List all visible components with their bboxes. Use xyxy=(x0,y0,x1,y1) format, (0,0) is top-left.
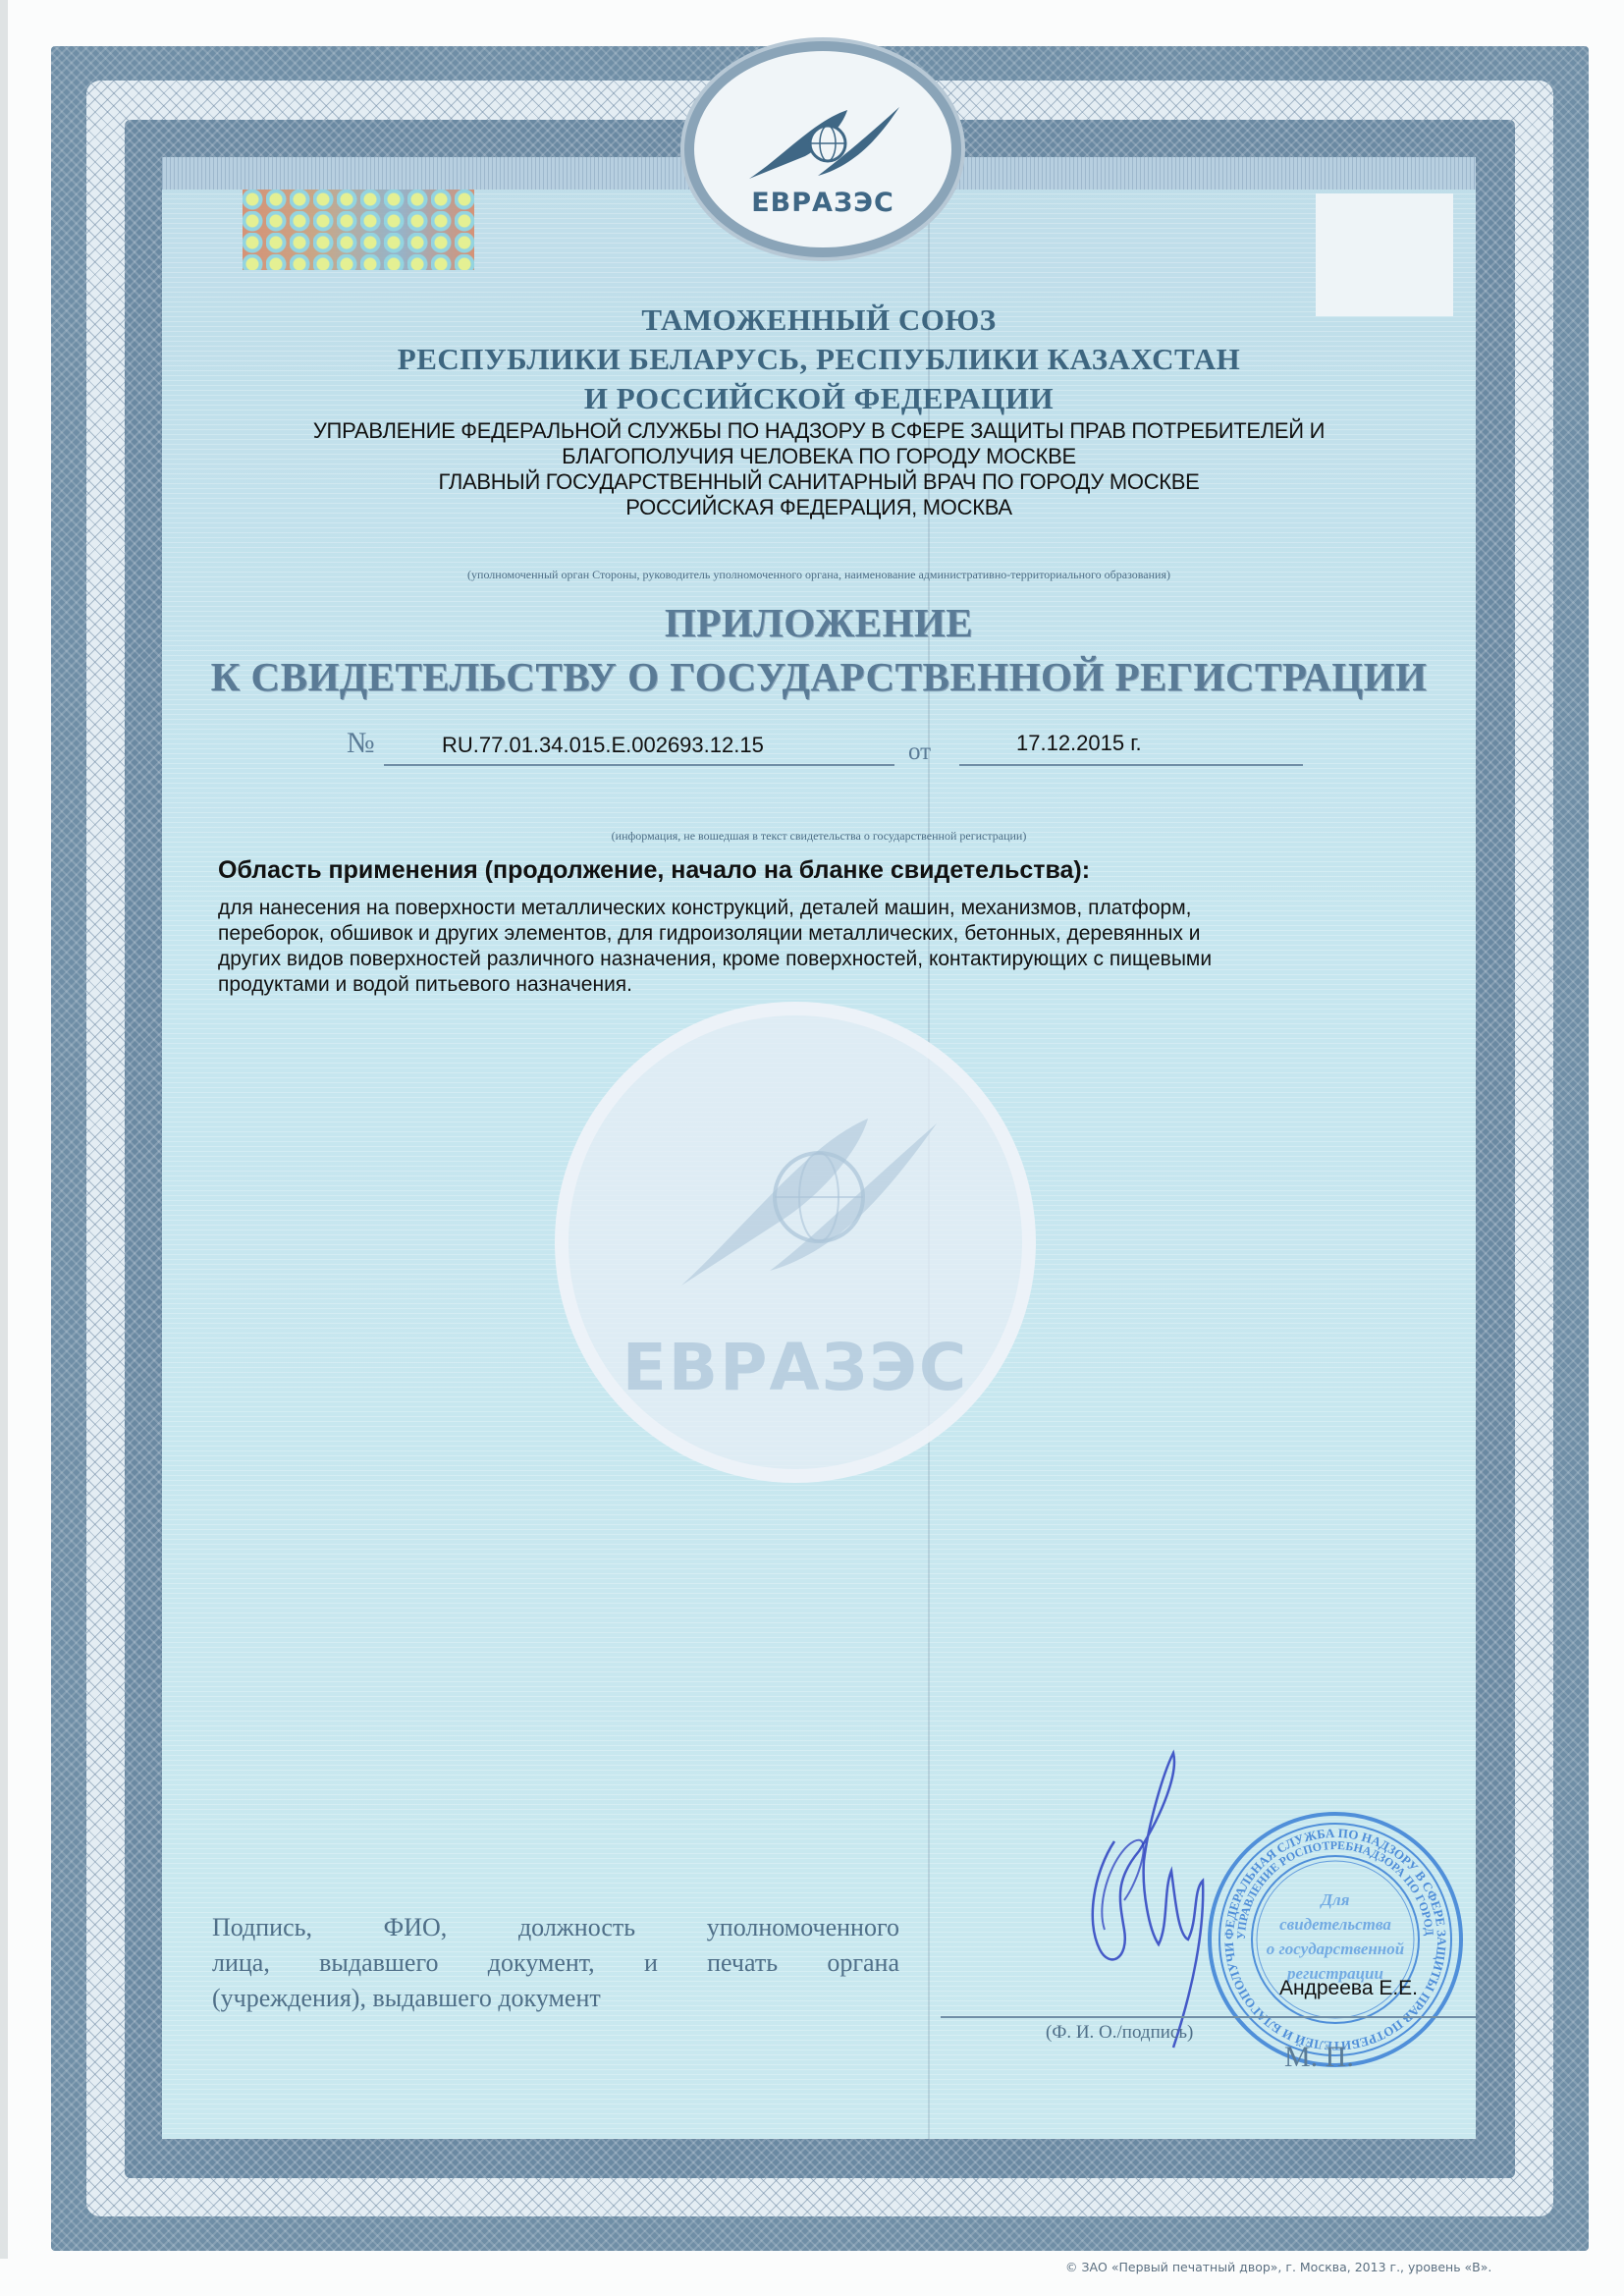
watermark: ЕВРАЗЭС xyxy=(555,1002,1036,1483)
registration-caption: (информация, не вошедшая в текст свидете… xyxy=(162,829,1476,844)
scope-line: других видов поверхностей различного наз… xyxy=(218,947,1460,972)
authority-line-2: БЛАГОПОЛУЧИЯ ЧЕЛОВЕКА ПО ГОРОДУ МОСКВЕ xyxy=(162,444,1476,469)
eurasec-watermark-icon xyxy=(662,1104,956,1300)
signer-name: Андреева Е.Е. xyxy=(1279,1977,1418,2000)
stamp-center-line: Для xyxy=(1319,1890,1349,1909)
scope-line: переборок, обшивок и других элементов, д… xyxy=(218,921,1460,947)
registration-number: RU.77.01.34.015.E.002693.12.15 xyxy=(442,733,764,758)
signature-caption-line: (учреждения), выдавшего документ xyxy=(212,1981,899,2016)
scope-body: для нанесения на поверхности металлическ… xyxy=(218,896,1460,998)
date-underline xyxy=(959,764,1303,766)
signature-line-hint: (Ф. И. О./подпись) xyxy=(1046,2022,1193,2044)
union-title-line-3: И РОССИЙСКОЙ ФЕДЕРАЦИИ xyxy=(162,381,1476,416)
registration-date: 17.12.2015 г. xyxy=(1016,731,1142,756)
printer-imprint: © ЗАО «Первый печатный двор», г. Москва,… xyxy=(1065,2260,1491,2274)
certificate-body: ЕВРАЗЭС ТАМОЖЕННЫЙ СОЮЗ РЕСПУБЛИКИ БЕЛАР… xyxy=(162,157,1476,2139)
security-patch xyxy=(1316,193,1453,316)
number-sign: № xyxy=(347,727,375,760)
stamp-center-line: свидетельства xyxy=(1279,1915,1391,1934)
scope-line: для нанесения на поверхности металлическ… xyxy=(218,896,1460,921)
scope-title: Область применения (продолжение, начало … xyxy=(218,856,1090,885)
scope-line: продуктами и водой питьевого назначения. xyxy=(218,972,1460,998)
authority-line-1: УПРАВЛЕНИЕ ФЕДЕРАЛЬНОЙ СЛУЖБЫ ПО НАДЗОРУ… xyxy=(162,418,1476,444)
seal-place-label: М. П. xyxy=(1284,2041,1354,2074)
document-subtitle: К СВИДЕТЕЛЬСТВУ О ГОСУДАРСТВЕННОЙ РЕГИСТ… xyxy=(162,653,1476,700)
authority-line-4: РОССИЙСКАЯ ФЕДЕРАЦИЯ, МОСКВА xyxy=(162,495,1476,520)
date-label: от xyxy=(908,738,931,766)
hologram-sticker xyxy=(243,190,474,270)
page-edge xyxy=(0,0,8,2259)
signature-underline xyxy=(941,2016,1476,2018)
signature-caption: Подпись, ФИО, должность уполномоченного … xyxy=(212,1910,899,2016)
logo-text: ЕВРАЗЭС xyxy=(751,188,894,218)
eurasec-logo: ЕВРАЗЭС xyxy=(684,41,961,257)
union-title-line-1: ТАМОЖЕННЫЙ СОЮЗ xyxy=(162,302,1476,338)
authority-caption: (уполномоченный орган Стороны, руководит… xyxy=(162,568,1476,582)
document-title: ПРИЛОЖЕНИЕ xyxy=(162,599,1476,646)
signature-caption-line: Подпись, ФИО, должность уполномоченного xyxy=(212,1910,899,1945)
watermark-text: ЕВРАЗЭС xyxy=(568,1330,1022,1405)
number-underline xyxy=(384,764,894,766)
stamp-center-line: о государственной xyxy=(1267,1940,1404,1958)
eurasec-emblem-icon xyxy=(744,102,901,181)
handwritten-signature-icon xyxy=(1056,1733,1281,2057)
union-title-line-2: РЕСПУБЛИКИ БЕЛАРУСЬ, РЕСПУБЛИКИ КАЗАХСТА… xyxy=(162,342,1476,377)
registration-row: № RU.77.01.34.015.E.002693.12.15 от 17.1… xyxy=(162,727,1476,776)
signature-caption-line: лица, выдавшего документ, и печать орган… xyxy=(212,1945,899,1981)
authority-line-3: ГЛАВНЫЙ ГОСУДАРСТВЕННЫЙ САНИТАРНЫЙ ВРАЧ … xyxy=(162,469,1476,495)
